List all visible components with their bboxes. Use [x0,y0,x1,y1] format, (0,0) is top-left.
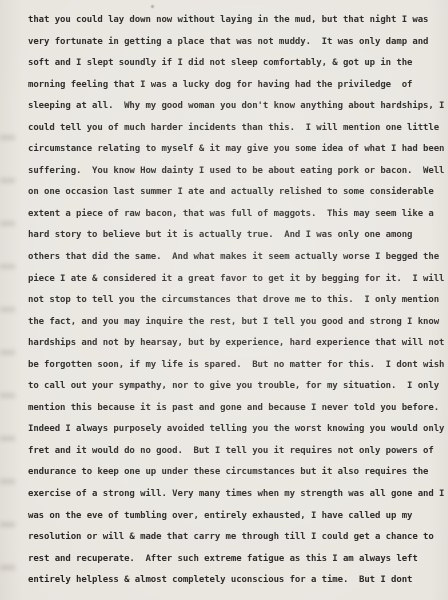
text-line: piece I ate & considered it a great favo… [28,269,444,291]
text-line: to call out your sympathy, nor to give y… [28,376,444,398]
letter-page: that you could lay down now without layi… [0,0,448,600]
text-line: was on the eve of tumbling over, entirel… [28,506,444,528]
text-line: not stop to tell you the circumstances t… [28,290,444,312]
letter-body: that you could lay down now without layi… [28,10,444,592]
text-line: rest and recuperate. After such extreme … [28,549,444,571]
text-line: soft and I slept soundly if I did not sl… [28,53,444,75]
text-line: circumstance relating to myself & it may… [28,139,444,161]
text-line: Indeed I always purposely avoided tellin… [28,419,444,441]
text-line: suffering. You know How dainty I used to… [28,161,444,183]
text-line: on one occasion last summer I ate and ac… [28,182,444,204]
text-line: mention this because it is past and gone… [28,398,444,420]
text-line: be forgotten soon, if my life is spared.… [28,355,444,377]
text-line: resolution or will & made that carry me … [28,527,444,549]
text-line: entirely helpless & almost completely uc… [28,570,444,592]
text-line: exercise of a strong will. Very many tim… [28,484,444,506]
text-line: morning feeling that I was a lucky dog f… [28,75,444,97]
text-line: that you could lay down now without layi… [28,10,444,32]
text-line: hard story to believe but it is actually… [28,225,444,247]
text-line: the fact, and you may inquire the rest, … [28,312,444,334]
text-line: endurance to keep one up under these cir… [28,462,444,484]
text-line: others that did the same. And what makes… [28,247,444,269]
text-line: could tell you of much harder incidents … [28,118,444,140]
bleed-through-marks [0,135,15,585]
paper-speck [151,5,154,8]
text-line: sleeping at all. Why my good woman you d… [28,96,444,118]
text-line: extent a piece of raw bacon, that was fu… [28,204,444,226]
text-line: hardships and not by hearsay, but by exp… [28,333,444,355]
text-line: very fortunate in getting a place that w… [28,32,444,54]
text-line: fret and it would do no good. But I tell… [28,441,444,463]
